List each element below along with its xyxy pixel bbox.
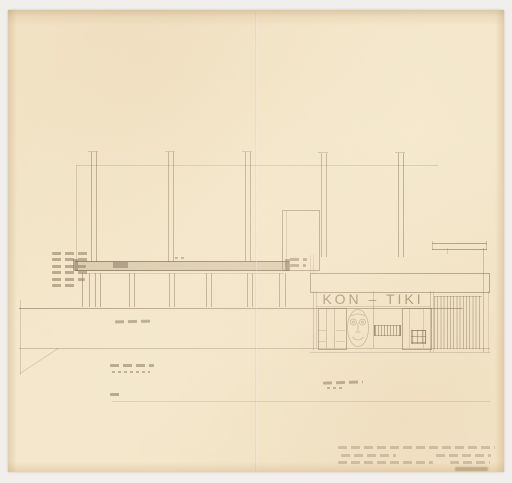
column xyxy=(168,152,174,262)
entry-door xyxy=(318,308,347,350)
column xyxy=(91,152,97,262)
storefront-ground-line xyxy=(310,352,490,353)
ground-line xyxy=(19,308,463,309)
canopy-post xyxy=(95,273,101,307)
canopy-post xyxy=(169,273,175,307)
lower-datum-line xyxy=(112,401,490,402)
right-beam-cap xyxy=(432,241,433,250)
canopy-post xyxy=(129,273,135,307)
building-right-edge xyxy=(483,248,484,352)
right-beam xyxy=(432,243,487,250)
storefront-frame xyxy=(373,291,374,348)
title-block-line xyxy=(436,454,491,457)
handwritten-note xyxy=(52,258,90,261)
canopy-post xyxy=(279,273,286,307)
handwritten-note xyxy=(112,371,150,373)
column-cap xyxy=(318,152,328,153)
window-mullion xyxy=(409,308,410,348)
door-mullion xyxy=(334,308,335,348)
stamp-mark xyxy=(455,467,488,471)
canopy-post xyxy=(247,273,253,307)
column-cap xyxy=(395,152,405,153)
handwritten-note xyxy=(52,278,85,281)
handwritten-note xyxy=(52,265,86,268)
dimension-tick xyxy=(175,257,187,259)
handwritten-note xyxy=(110,393,122,396)
column xyxy=(398,153,404,257)
column-cap xyxy=(165,151,175,152)
roof-line xyxy=(76,165,438,166)
fold-crease xyxy=(255,11,257,471)
door-mullion xyxy=(326,308,327,348)
title-block-line xyxy=(338,461,433,464)
frame-left-edge xyxy=(76,165,77,262)
canopy-soffit-line xyxy=(84,273,284,274)
door-rail xyxy=(318,341,326,342)
corner-line xyxy=(310,255,311,273)
scanned-drawing-page: KON – TIKI xyxy=(0,0,512,483)
handwritten-note xyxy=(290,258,307,261)
grille-band xyxy=(374,325,401,336)
title-block-line xyxy=(338,446,495,449)
title-block-line xyxy=(341,454,396,457)
handwritten-note xyxy=(52,271,89,274)
corner-line xyxy=(313,255,314,273)
handwritten-note xyxy=(52,284,76,287)
tiki-mask-sketch xyxy=(344,306,372,350)
building-outer-line xyxy=(488,291,489,352)
small-pane-grid xyxy=(411,330,426,344)
door-rail xyxy=(318,330,326,331)
handwritten-note xyxy=(290,264,306,267)
terrace-left-edge xyxy=(20,300,21,375)
column xyxy=(321,153,327,257)
column-cap xyxy=(242,151,252,152)
slat-screen xyxy=(434,296,482,349)
storefront-frame xyxy=(313,291,314,350)
handwritten-note xyxy=(110,364,154,367)
right-beam-cap xyxy=(486,241,487,250)
canopy-dark-segment xyxy=(113,262,128,268)
column-cap xyxy=(88,151,98,152)
canopy-post xyxy=(206,273,212,307)
beam-hanger xyxy=(447,248,448,254)
handwritten-note xyxy=(52,252,88,255)
fascia-band xyxy=(310,273,490,293)
column xyxy=(245,152,251,262)
handwritten-note xyxy=(327,387,345,389)
title-block-line xyxy=(450,461,490,464)
